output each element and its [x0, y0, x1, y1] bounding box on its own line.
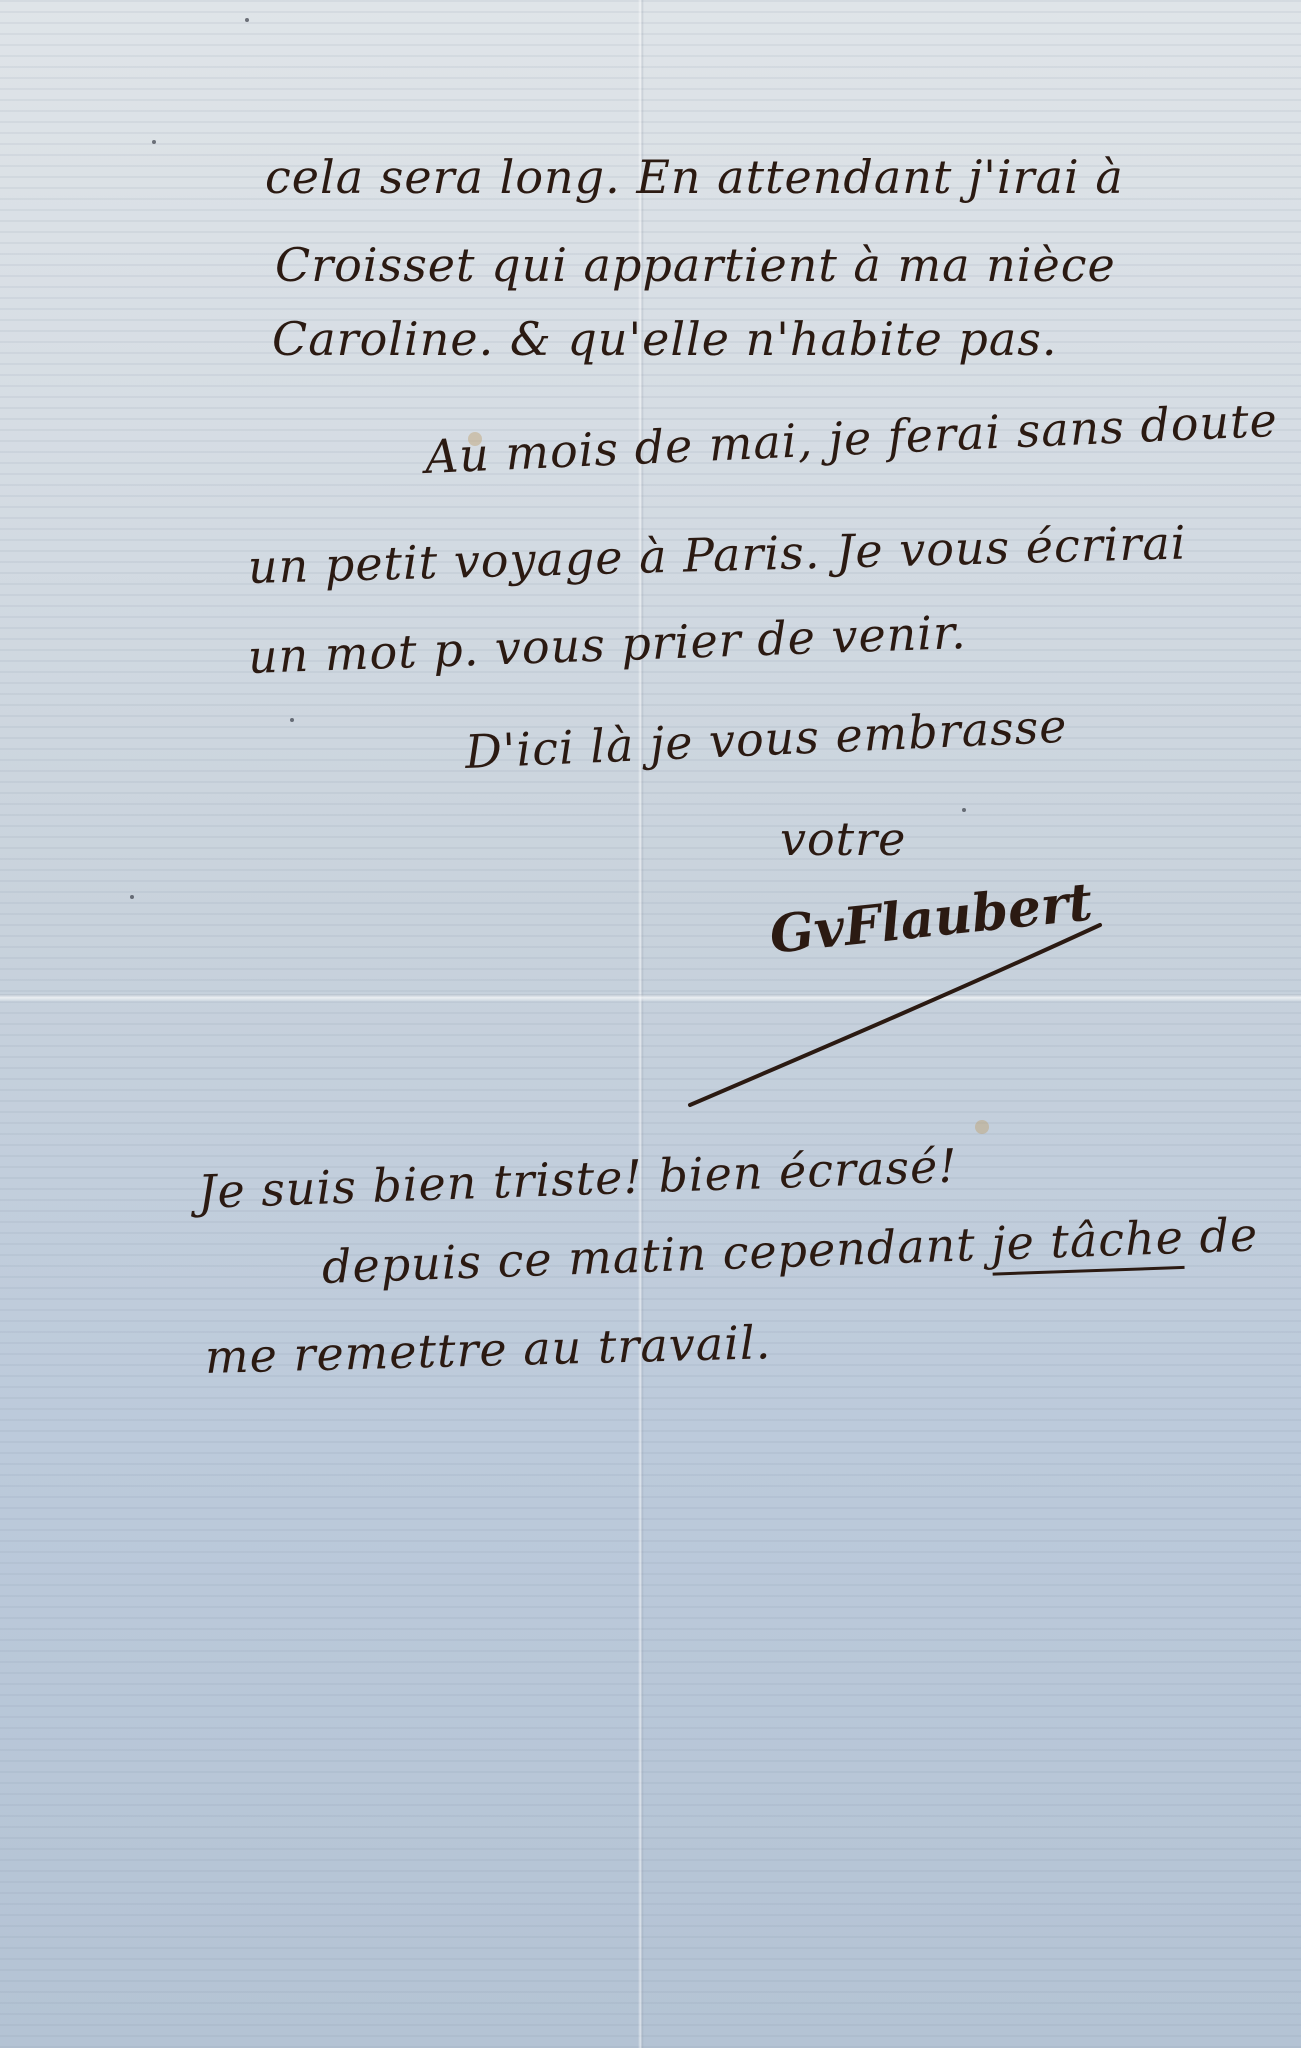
ink-stain [975, 1120, 989, 1134]
signature-flourish-icon [670, 905, 1130, 1125]
body-line-7: D'ici là je vous embrasse [464, 699, 1069, 779]
paper-speck [152, 140, 156, 144]
paper-speck [290, 718, 294, 722]
body-line-2: Croisset qui appartient à ma nièce [275, 238, 1116, 292]
ink-stain [468, 432, 482, 446]
underlined-phrase: je tâche [990, 1210, 1185, 1276]
paper-speck [130, 895, 134, 899]
postscript-line-2: depuis ce matin cependant je tâche de [321, 1207, 1259, 1294]
body-line-3: Caroline. & qu'elle n'habite pas. [272, 312, 1058, 366]
paper-speck [245, 18, 249, 22]
body-line-4: Au mois de mai, je ferai sans doute [424, 393, 1279, 484]
letter-page: cela sera long. En attendant j'irai à Cr… [0, 0, 1301, 2048]
vertical-fold-line [638, 0, 644, 2048]
postscript-line-3: me remettre au travail. [204, 1315, 772, 1384]
postscript-line-1: Je suis bien triste! bien écrasé! [197, 1138, 958, 1218]
body-line-1: cela sera long. En attendant j'irai à [265, 150, 1124, 204]
valediction: votre [780, 812, 906, 866]
body-line-6: un mot p. vous prier de venir. [247, 605, 967, 684]
body-line-5: un petit voyage à Paris. Je vous écrirai [247, 515, 1187, 594]
paper-speck [962, 808, 966, 812]
